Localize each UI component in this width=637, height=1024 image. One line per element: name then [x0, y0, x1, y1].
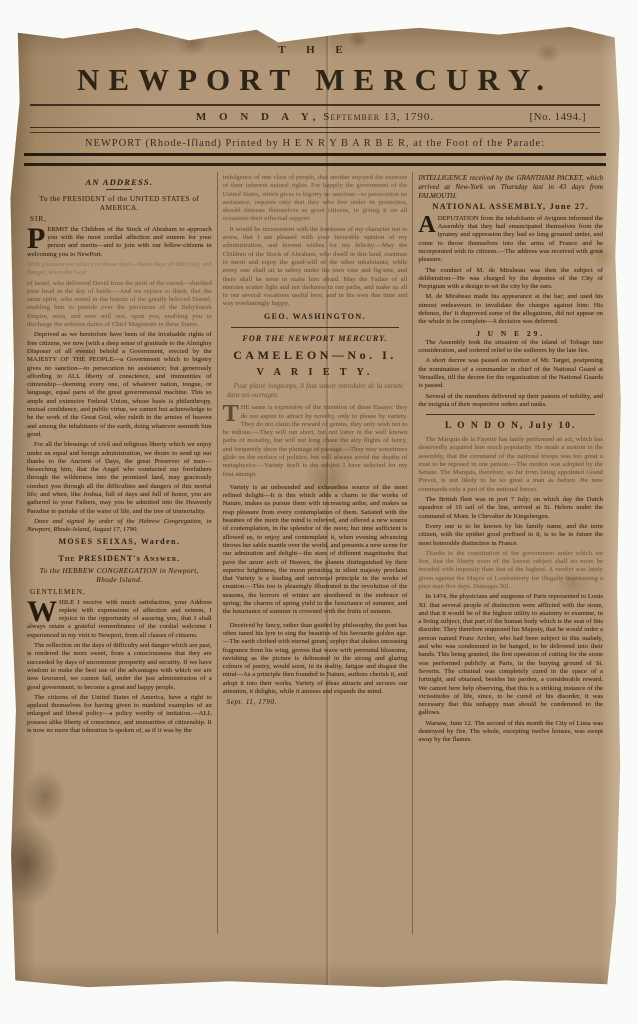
column-1: AN ADDRESS. To the PRESIDENT of the UNIT…	[22, 172, 217, 934]
drop-cap: A	[418, 215, 437, 234]
issue-number: [No. 1494.]	[529, 111, 586, 123]
masthead: T H E NEWPORT MERCURY. M O N D A Y, Sept…	[8, 24, 622, 166]
section-rule	[106, 549, 132, 550]
article-paragraph: The reflection on the days of difficulty…	[27, 642, 212, 692]
for-mercury-heading: FOR THE NEWPORT MERCURY.	[223, 334, 408, 344]
article-dateline: Sept. 11, 1790.	[223, 698, 408, 707]
signoff-line: Done and signed by order of the Hebrew C…	[27, 518, 212, 535]
article-paragraph: of Israel, who delivered David from the …	[27, 280, 212, 330]
article-paragraph: Every one is to be known by his family n…	[418, 523, 603, 548]
masthead-kicker: T H E	[8, 44, 622, 56]
signature-washington: GEO. WASHINGTON.	[223, 312, 408, 322]
signature-seixas: MOSES SEIXAS, Warden.	[27, 537, 212, 547]
article-paragraph: M. de Mirabeau made his appearance at th…	[418, 293, 603, 326]
scanned-newspaper: T H E NEWPORT MERCURY. M O N D A Y, Sept…	[0, 0, 637, 1024]
drop-cap: W	[27, 599, 59, 623]
dateline-date: September 13, 1790.	[323, 111, 434, 123]
intelligence-heading: INTELLIGENCE received by the GRANTHAM PA…	[418, 174, 603, 200]
article-paragraph: Thanks to the constitution of the govern…	[418, 550, 603, 591]
cameleon-heading: CAMELEON—No. I.	[223, 348, 408, 363]
masthead-title: NEWPORT MERCURY.	[8, 62, 622, 98]
national-assembly-heading: NATIONAL ASSEMBLY, June 27.	[418, 202, 603, 212]
drop-cap: T	[223, 404, 241, 423]
article-paragraph-faded: With pleasure we reflect on those days—t…	[27, 261, 212, 278]
article-paragraph: Variety is an unbounded and exhaustless …	[223, 484, 408, 617]
dateline: M O N D A Y, September 13, 1790. [No. 14…	[38, 111, 592, 123]
drop-cap: P	[27, 226, 47, 250]
section-divider-rule	[231, 327, 400, 328]
june-29-heading: J U N E 29.	[418, 329, 603, 338]
article-paragraph: Deceived by fancy, rather than guided by…	[223, 622, 408, 697]
article-paragraph: Several of the members delivered up thei…	[418, 393, 603, 410]
dateline-day: M O N D A Y,	[196, 111, 321, 123]
column-2: indulgence of one class of people, that …	[217, 172, 413, 934]
article-paragraph: The conduct of M. de Mirabeau was then t…	[418, 267, 603, 292]
imprint-line: NEWPORT (Rhode-Iſland) Printed by H E N …	[34, 138, 596, 149]
article-paragraph: The Marquis de la Fayette has lately per…	[418, 436, 603, 494]
article-paragraph: In 1474, the physicians and surgeons of …	[418, 593, 603, 717]
french-epigraph: Pour plaire longtemps, il faut savoir in…	[227, 383, 404, 400]
article-paragraph: WHILE I receive with much satisfaction, …	[27, 599, 212, 640]
article-columns: AN ADDRESS. To the PRESIDENT of the UNIT…	[22, 172, 608, 934]
article-paragraph: The British fleet was in port 7 July; on…	[418, 496, 603, 521]
variety-heading: V A R I E T Y.	[223, 367, 408, 379]
article-paragraph: indulgence of one class of people, that …	[223, 174, 408, 224]
address-heading: AN ADDRESS.	[27, 177, 212, 188]
london-heading: L O N D O N, July 10.	[418, 421, 603, 433]
answer-heading: The PRESIDENT's Answer.	[27, 554, 212, 564]
column-3: INTELLIGENCE received by the GRANTHAM PA…	[412, 172, 608, 934]
article-paragraph: PERMIT the Children of the Stock of Abra…	[27, 226, 212, 259]
article-paragraph: The Assembly took the situation of the i…	[418, 339, 603, 356]
article-paragraph: Deprived as we heretofore have been of t…	[27, 331, 212, 439]
section-divider-rule	[426, 414, 595, 415]
heavy-rule	[24, 153, 606, 166]
article-paragraph: A short decree was passed on motion of M…	[418, 357, 603, 390]
article-paragraph: The citizens of the United States of Ame…	[27, 694, 212, 735]
heading-rule	[106, 189, 132, 190]
newspaper-page: T H E NEWPORT MERCURY. M O N D A Y, Sept…	[8, 24, 622, 990]
article-paragraph: THE same is expressive of the intention …	[223, 404, 408, 479]
dateline-rule	[30, 127, 600, 133]
article-paragraph: It would be inconsistent with the frankn…	[223, 226, 408, 309]
article-paragraph: Warsaw, June 12. The second of this mont…	[418, 720, 603, 745]
salutation: SIR,	[27, 215, 212, 224]
salutation: GENTLEMEN,	[27, 588, 212, 597]
article-paragraph: ADEPUTATION from the inhabitants of Avig…	[418, 215, 603, 265]
article-paragraph: For all the blessings of civil and relig…	[27, 441, 212, 516]
answer-recipient: To the HEBREW CONGREGATION in Newport, R…	[33, 566, 206, 584]
masthead-rule	[30, 104, 600, 106]
address-recipient: To the PRESIDENT of the UNITED STATES of…	[33, 194, 206, 212]
